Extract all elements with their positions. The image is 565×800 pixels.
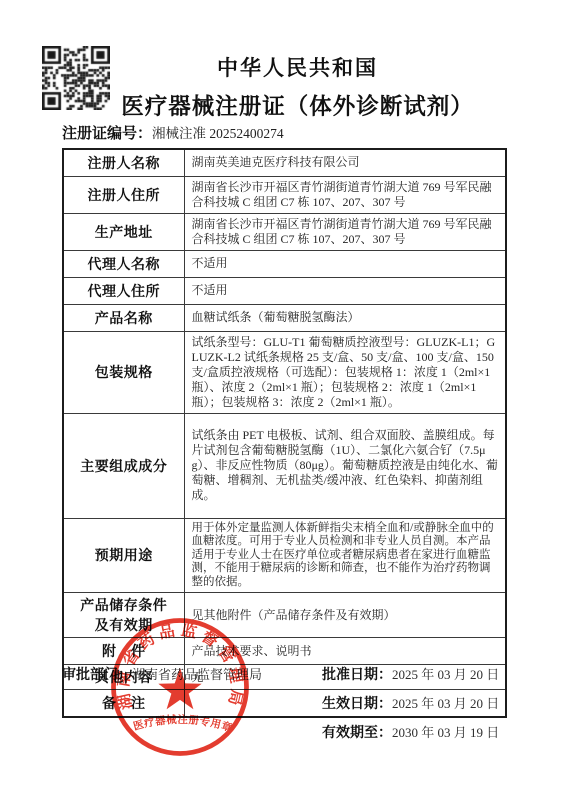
row-value: 用于体外定量监测人体新鲜指尖末梢全血和/或静脉全血中的血糖浓度。可用于专业人员检… <box>184 518 506 593</box>
table-row: 注册人住所 湖南省长沙市开福区青竹湖街道青竹湖大道 769 号军民融合科技城 C… <box>63 176 506 213</box>
row-value: 不适用 <box>184 250 506 277</box>
row-value: 不适用 <box>184 277 506 304</box>
expiry-date-line: 有效期至：2030 年 03 月 19 日 <box>322 722 499 742</box>
table-row: 产品名称 血糖试纸条（葡萄糖脱氢酶法） <box>63 304 506 331</box>
table-row: 注册人名称 湖南英美迪克医疗科技有限公司 <box>63 149 506 176</box>
row-label: 注册人住所 <box>63 176 184 213</box>
table-row: 代理人住所 不适用 <box>63 277 506 304</box>
row-label: 产品储存条件 及有效期 <box>63 593 184 638</box>
approval-date-line: 批准日期：2025 年 03 月 20 日 <box>322 664 499 684</box>
row-label: 主要组成成分 <box>63 413 184 518</box>
cert-number-label: 注册证编号： <box>62 125 152 142</box>
row-label: 包装规格 <box>63 331 184 413</box>
document-title: 中华人民共和国 医疗器械注册证（体外诊断试剂） <box>70 52 525 121</box>
table-row: 生产地址 湖南省长沙市开福区青竹湖街道青竹湖大道 769 号军民融合科技城 C … <box>63 213 506 250</box>
row-value: 产品技术要求、说明书 <box>184 638 506 665</box>
row-label: 代理人名称 <box>63 250 184 277</box>
approval-date-label: 批准日期： <box>322 666 392 682</box>
row-label: 备 注 <box>63 690 184 717</box>
table-row: 预期用途 用于体外定量监测人体新鲜指尖末梢全血和/或静脉全血中的血糖浓度。可用于… <box>63 518 506 593</box>
cert-number-line: 注册证编号：湘械注准 20252400274 <box>62 122 284 143</box>
table-row: 代理人名称 不适用 <box>63 250 506 277</box>
certificate-page: 中华人民共和国 医疗器械注册证（体外诊断试剂） 注册证编号：湘械注准 20252… <box>0 0 565 800</box>
row-label: 生产地址 <box>63 213 184 250</box>
row-label: 代理人住所 <box>63 277 184 304</box>
row-label: 产品名称 <box>63 304 184 331</box>
title-main: 医疗器械注册证（体外诊断试剂） <box>70 89 525 121</box>
approval-date-value: 2025 年 03 月 20 日 <box>392 667 499 682</box>
row-label: 注册人名称 <box>63 149 184 176</box>
table-row: 附 件 产品技术要求、说明书 <box>63 638 506 665</box>
row-value: 血糖试纸条（葡萄糖脱氢酶法） <box>184 304 506 331</box>
effective-date-value: 2025 年 03 月 20 日 <box>392 696 499 711</box>
table-row: 产品储存条件 及有效期 见其他附件（产品储存条件及有效期） <box>63 593 506 638</box>
row-value: 见其他附件（产品储存条件及有效期） <box>184 593 506 638</box>
row-value: 试纸条由 PET 电极板、试剂、组合双面胶、盖膜组成。每片试剂包含葡萄糖脱氢酶（… <box>184 413 506 518</box>
table-row: 包装规格 试纸条型号：GLU-T1 葡萄糖质控液型号：GLUZK-L1；GLUZ… <box>63 331 506 413</box>
expiry-date-label: 有效期至： <box>322 724 392 740</box>
row-label: 附 件 <box>63 638 184 665</box>
expiry-date-value: 2030 年 03 月 19 日 <box>392 725 499 740</box>
row-value: 湖南英美迪克医疗科技有限公司 <box>184 149 506 176</box>
certificate-table: 注册人名称 湖南英美迪克医疗科技有限公司 注册人住所 湖南省长沙市开福区青竹湖街… <box>62 148 507 718</box>
approval-label: 审批部门： <box>62 666 132 682</box>
effective-date-label: 生效日期： <box>322 695 392 711</box>
row-value: 试纸条型号：GLU-T1 葡萄糖质控液型号：GLUZK-L1；GLUZK-L2 … <box>184 331 506 413</box>
approval-department-line: 审批部门：湖南省药品监督管理局 <box>62 664 262 684</box>
effective-date-line: 生效日期：2025 年 03 月 20 日 <box>322 693 499 713</box>
row-label: 预期用途 <box>63 518 184 593</box>
row-value: 湖南省长沙市开福区青竹湖街道青竹湖大道 769 号军民融合科技城 C 组团 C7… <box>184 176 506 213</box>
title-country: 中华人民共和国 <box>70 52 525 82</box>
date-block: 批准日期：2025 年 03 月 20 日 生效日期：2025 年 03 月 2… <box>322 664 499 751</box>
table-row: 主要组成成分 试纸条由 PET 电极板、试剂、组合双面胶、盖膜组成。每片试剂包含… <box>63 413 506 518</box>
cert-number-value: 湘械注准 20252400274 <box>152 126 284 141</box>
row-value: 湖南省长沙市开福区青竹湖街道青竹湖大道 769 号军民融合科技城 C 组团 C7… <box>184 213 506 250</box>
approval-value: 湖南省药品监督管理局 <box>132 667 262 682</box>
